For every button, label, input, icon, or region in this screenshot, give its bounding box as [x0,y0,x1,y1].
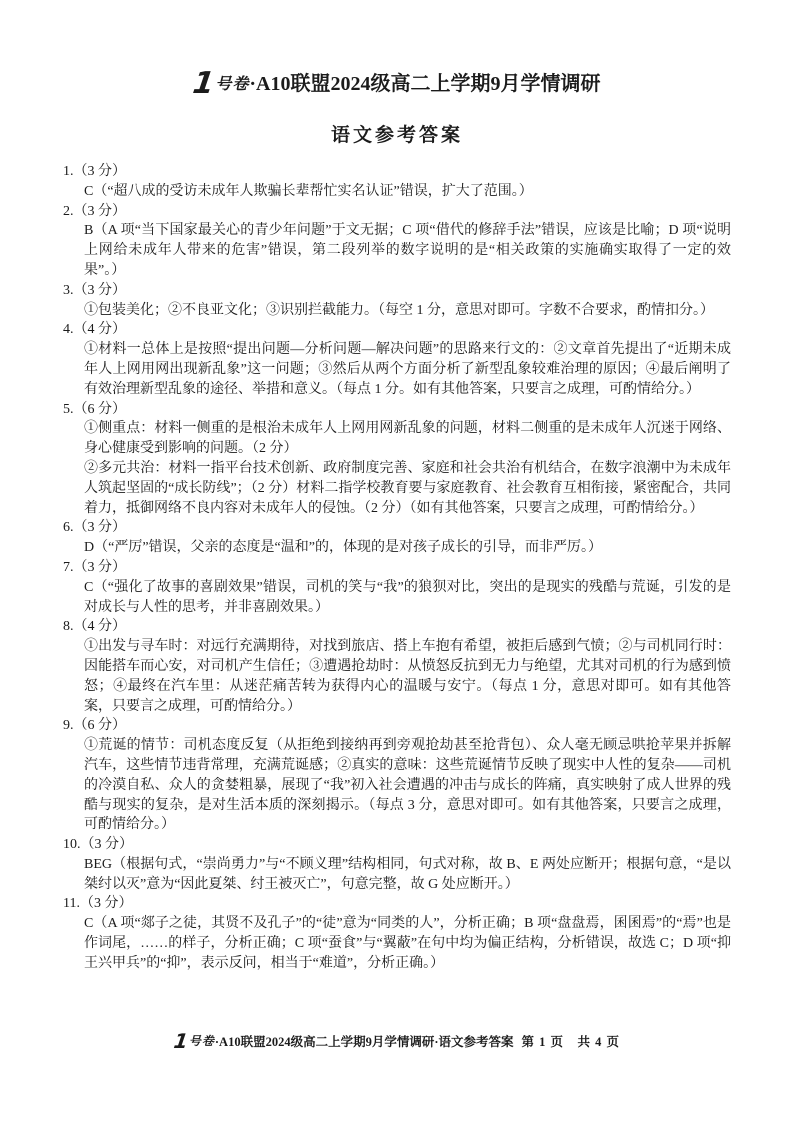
answer-head: 7.（3 分） [63,558,731,578]
question-score: （3 分） [74,204,127,219]
answer-head: 10.（3 分） [63,835,731,855]
answer-body: C（“强化了故事的喜剧效果”错误，司机的笑与“我”的狼狈对比，突出的是现实的残酷… [84,578,731,618]
answer-body: ①包装美化；②不良亚文化；③识别拦截能力。（每空 1 分，意思对即可。字数不合要… [84,301,731,321]
answer-item-11: 11.（3 分） C（A 项“郯子之徒，其贤不及孔子”的“徒”意为“同类的人”，… [63,894,731,973]
answer-head: 3.（3 分） [63,281,731,301]
answer-text: ①包装美化；②不良亚文化；③识别拦截能力。（每空 1 分，意思对即可。字数不合要… [84,301,731,321]
answer-body: ①侧重点：材料一侧重的是根治未成年人上网用网新乱象的问题，材料二侧重的是未成年人… [84,419,731,518]
answer-body: ①荒诞的情节：司机态度反复（从拒绝到接纳再到旁观抢劫甚至抢背包）、众人毫无顾忌哄… [84,736,731,835]
question-score: （4 分） [74,322,127,337]
logo-script-text: 号卷 [215,75,249,94]
answer-body: BEG（根据句式，“崇尚勇力”与“不顾义理”结构相同，句式对称，故 B、E 两处… [84,855,731,895]
answer-item-9: 9.（6 分） ①荒诞的情节：司机态度反复（从拒绝到接纳再到旁观抢劫甚至抢背包）… [63,716,731,835]
question-score: （3 分） [74,520,127,535]
answer-body: D（“严厉”错误，父亲的态度是“温和”的，体现的是对孩子成长的引导，而非严厉。） [84,538,731,558]
question-number: 2. [63,204,74,219]
question-score: （3 分） [74,560,127,575]
page-number-info: 第 1 页 共 4 页 [522,1035,621,1049]
answer-text: C（A 项“郯子之徒，其贤不及孔子”的“徒”意为“同类的人”，分析正确；B 项“… [84,914,731,973]
answer-body: ①出发与寻车时：对远行充满期待，对找到旅店、搭上车抱有希望，被拒后感到气愤；②与… [84,637,731,716]
answer-head: 1.（3 分） [63,162,731,182]
answer-text: C（“强化了故事的喜剧效果”错误，司机的笑与“我”的狼狈对比，突出的是现实的残酷… [84,578,731,618]
exam-brand-logo: 1号卷 [193,72,249,96]
question-number: 5. [63,402,74,417]
question-score: （3 分） [80,896,133,911]
question-score: （3 分） [74,283,127,298]
answer-body: C（“超八成的受访未成年人欺骗长辈帮忙实名认证”错误，扩大了范围。） [84,182,731,202]
question-number: 3. [63,283,74,298]
answer-item-10: 10.（3 分） BEG（根据句式，“崇尚勇力”与“不顾义理”结构相同，句式对称… [63,835,731,894]
answer-item-5: 5.（6 分） ①侧重点：材料一侧重的是根治未成年人上网用网新乱象的问题，材料二… [63,400,731,519]
footer-logo-numeral: 1 [173,1033,189,1049]
answer-head: 2.（3 分） [63,202,731,222]
answer-item-3: 3.（3 分） ①包装美化；②不良亚文化；③识别拦截能力。（每空 1 分，意思对… [63,281,731,321]
question-number: 10. [63,837,81,852]
answer-text: ①出发与寻车时：对远行充满期待，对找到旅店、搭上车抱有希望，被拒后感到气愤；②与… [84,637,731,716]
answer-text: ①侧重点：材料一侧重的是根治未成年人上网用网新乱象的问题，材料二侧重的是未成年人… [84,419,731,459]
question-number: 1. [63,164,74,179]
question-number: 4. [63,322,74,337]
answer-text: BEG（根据句式，“崇尚勇力”与“不顾义理”结构相同，句式对称，故 B、E 两处… [84,855,731,895]
answer-item-8: 8.（4 分） ①出发与寻车时：对远行充满期待，对找到旅店、搭上车抱有希望，被拒… [63,617,731,716]
footer-brand-logo: 1号卷 [174,1032,215,1050]
answer-item-2: 2.（3 分） B（A 项“当下国家最关心的青少年问题”于文无据；C 项“借代的… [63,202,731,281]
answer-head: 9.（6 分） [63,716,731,736]
answer-item-6: 6.（3 分） D（“严厉”错误，父亲的态度是“温和”的，体现的是对孩子成长的引… [63,518,731,558]
answer-text: ①荒诞的情节：司机态度反复（从拒绝到接纳再到旁观抢劫甚至抢背包）、众人毫无顾忌哄… [84,736,731,835]
question-score: （6 分） [74,402,127,417]
title-text: ·A10联盟2024级高二上学期9月学情调研 [249,73,600,95]
question-score: （3 分） [81,837,134,852]
answer-body: ①材料一总体上是按照“提出问题—分析问题—解决问题”的思路来行文的：②文章首先提… [84,340,731,399]
answer-item-1: 1.（3 分） C（“超八成的受访未成年人欺骗长辈帮忙实名认证”错误，扩大了范围… [63,162,731,202]
answer-text: ①材料一总体上是按照“提出问题—分析问题—解决问题”的思路来行文的：②文章首先提… [84,340,731,399]
answer-text: C（“超八成的受访未成年人欺骗长辈帮忙实名认证”错误，扩大了范围。） [84,182,731,202]
question-number: 7. [63,560,74,575]
question-number: 6. [63,520,74,535]
answer-item-7: 7.（3 分） C（“强化了故事的喜剧效果”错误，司机的笑与“我”的狼狈对比，突… [63,558,731,617]
answer-head: 4.（4 分） [63,320,731,340]
answer-head: 6.（3 分） [63,518,731,538]
answer-text: ②多元共治：材料一指平台技术创新、政府制度完善、家庭和社会共治有机结合，在数字浪… [84,459,731,518]
question-score: （3 分） [74,164,127,179]
document-title: 1号卷·A10联盟2024级高二上学期9月学情调研 [63,72,731,96]
answer-text: D（“严厉”错误，父亲的态度是“温和”的，体现的是对孩子成长的引导，而非严厉。） [84,538,731,558]
answer-head: 5.（6 分） [63,400,731,420]
answer-body: C（A 项“郯子之徒，其贤不及孔子”的“徒”意为“同类的人”，分析正确；B 项“… [84,914,731,973]
answer-list: 1.（3 分） C（“超八成的受访未成年人欺骗长辈帮忙实名认证”错误，扩大了范围… [63,162,731,974]
page-footer: 1号卷·A10联盟2024级高二上学期9月学情调研·语文参考答案第 1 页 共 … [0,1032,794,1050]
question-score: （6 分） [74,718,127,733]
question-number: 11. [63,896,80,911]
answer-item-4: 4.（4 分） ①材料一总体上是按照“提出问题—分析问题—解决问题”的思路来行文… [63,320,731,399]
logo-numeral: 1 [192,72,216,96]
answer-body: B（A 项“当下国家最关心的青少年问题”于文无据；C 项“借代的修辞手法”错误，… [84,221,731,280]
answer-head: 11.（3 分） [63,894,731,914]
footer-logo-script: 号卷 [189,1032,215,1049]
answer-head: 8.（4 分） [63,617,731,637]
footer-title-text: ·A10联盟2024级高二上学期9月学情调研·语文参考答案 [215,1035,514,1049]
answer-text: B（A 项“当下国家最关心的青少年问题”于文无据；C 项“借代的修辞手法”错误，… [84,221,731,280]
document-subtitle: 语文参考答案 [63,120,731,147]
question-score: （4 分） [74,619,127,634]
document-page: 1号卷·A10联盟2024级高二上学期9月学情调研 语文参考答案 1.（3 分）… [0,0,794,1123]
question-number: 9. [63,718,74,733]
question-number: 8. [63,619,74,634]
